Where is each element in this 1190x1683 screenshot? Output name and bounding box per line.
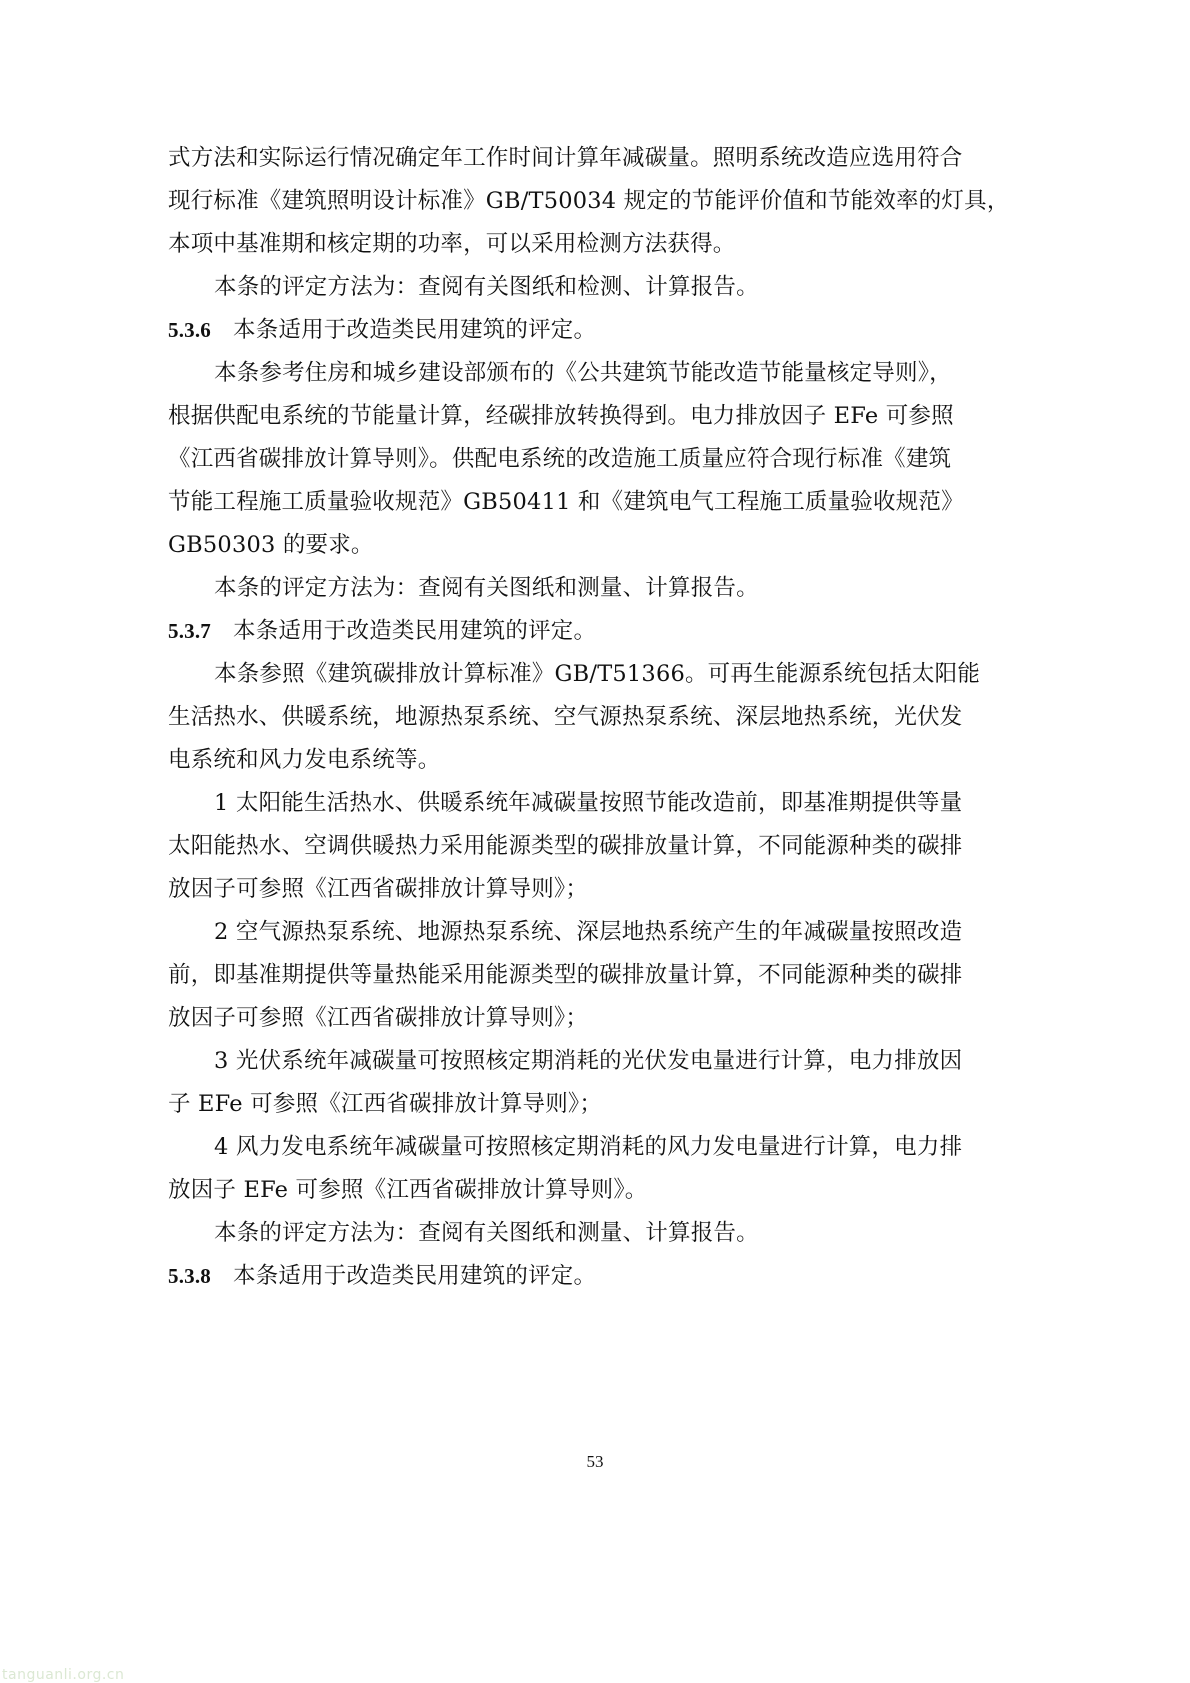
text-line: 前，即基准期提供等量热能采用能源类型的碳排放量计算，不同能源种类的碳排 xyxy=(168,960,963,990)
text-line: 子 EFe 可参照《江西省碳排放计算导则》； xyxy=(168,1089,602,1119)
text-line: 本条参考住房和城乡建设部颁布的《公共建筑节能改造节能量核定导则》， xyxy=(214,358,952,388)
line-text: 3 光伏系统年减碳量可按照核定期消耗的光伏发电量进行计算，电力排放因 xyxy=(214,1048,962,1074)
line-text: 本条的评定方法为：查阅有关图纸和测量、计算报告。 xyxy=(214,575,759,601)
line-text: 本条适用于改造类民用建筑的评定。 xyxy=(233,317,596,343)
text-line: 3 光伏系统年减碳量可按照核定期消耗的光伏发电量进行计算，电力排放因 xyxy=(214,1046,962,1076)
text-line: 本条的评定方法为：查阅有关图纸和检测、计算报告。 xyxy=(214,272,759,302)
text-line: 放因子 EFe 可参照《江西省碳排放计算导则》。 xyxy=(168,1175,647,1205)
line-text: 节能工程施工质量验收规范》GB50411 和《建筑电气工程施工质量验收规范》 xyxy=(168,489,964,515)
line-text: 4 风力发电系统年减碳量可按照核定期消耗的风力发电量进行计算，电力排 xyxy=(214,1134,962,1160)
line-text: 本条的评定方法为：查阅有关图纸和测量、计算报告。 xyxy=(214,1220,759,1246)
line-text: 放因子 EFe 可参照《江西省碳排放计算导则》。 xyxy=(168,1177,647,1203)
line-text: 生活热水、供暖系统，地源热泵系统、空气源热泵系统、深层地热系统，光伏发 xyxy=(168,704,963,730)
line-text: 太阳能热水、空调供暖热力采用能源类型的碳排放量计算，不同能源种类的碳排 xyxy=(168,833,963,859)
line-text: 本条参照《建筑碳排放计算标准》GB/T51366。可再生能源系统包括太阳能 xyxy=(214,661,980,687)
line-text: 本项中基准期和核定期的功率，可以采用检测方法获得。 xyxy=(168,231,736,257)
line-text: 1 太阳能生活热水、供暖系统年减碳量按照节能改造前，即基准期提供等量 xyxy=(214,790,962,816)
section-heading: 5.3.6本条适用于改造类民用建筑的评定。 xyxy=(168,315,596,345)
line-text: 《江西省碳排放计算导则》。供配电系统的改造施工质量应符合现行标准《建筑 xyxy=(168,446,951,472)
line-text: 前，即基准期提供等量热能采用能源类型的碳排放量计算，不同能源种类的碳排 xyxy=(168,962,963,988)
text-line: 本条的评定方法为：查阅有关图纸和测量、计算报告。 xyxy=(214,573,759,603)
text-line: 电系统和风力发电系统等。 xyxy=(168,745,440,775)
line-text: 电系统和风力发电系统等。 xyxy=(168,747,440,773)
line-text: 2 空气源热泵系统、地源热泵系统、深层地热系统产生的年减碳量按照改造 xyxy=(214,919,962,945)
text-line: 式方法和实际运行情况确定年工作时间计算年减碳量。照明系统改造应选用符合 xyxy=(168,143,963,173)
line-text: 子 EFe 可参照《江西省碳排放计算导则》； xyxy=(168,1091,602,1117)
line-text: 根据供配电系统的节能量计算，经碳排放转换得到。电力排放因子 EFe 可参照 xyxy=(168,403,954,429)
section-number: 5.3.7 xyxy=(168,619,211,643)
text-line: 生活热水、供暖系统，地源热泵系统、空气源热泵系统、深层地热系统，光伏发 xyxy=(168,702,963,732)
text-line: 放因子可参照《江西省碳排放计算导则》； xyxy=(168,1003,588,1033)
text-line: 现行标准《建筑照明设计标准》GB/T50034 规定的节能评价值和节能效率的灯具… xyxy=(168,186,1010,216)
text-line: 本项中基准期和核定期的功率，可以采用检测方法获得。 xyxy=(168,229,736,259)
section-heading: 5.3.8本条适用于改造类民用建筑的评定。 xyxy=(168,1261,596,1291)
page-number: 53 xyxy=(0,1452,1190,1472)
line-text: GB50303 的要求。 xyxy=(168,532,374,558)
document-page: 式方法和实际运行情况确定年工作时间计算年减碳量。照明系统改造应选用符合现行标准《… xyxy=(0,0,1190,1683)
text-line: 2 空气源热泵系统、地源热泵系统、深层地热系统产生的年减碳量按照改造 xyxy=(214,917,962,947)
section-number: 5.3.8 xyxy=(168,1264,211,1288)
line-text: 本条适用于改造类民用建筑的评定。 xyxy=(233,1263,596,1289)
text-line: 4 风力发电系统年减碳量可按照核定期消耗的风力发电量进行计算，电力排 xyxy=(214,1132,962,1162)
line-text: 式方法和实际运行情况确定年工作时间计算年减碳量。照明系统改造应选用符合 xyxy=(168,145,963,171)
text-line: 放因子可参照《江西省碳排放计算导则》； xyxy=(168,874,588,904)
line-text: 放因子可参照《江西省碳排放计算导则》； xyxy=(168,1005,588,1031)
watermark: tanguanli.org.cn xyxy=(2,1667,124,1683)
section-number: 5.3.6 xyxy=(168,318,211,342)
text-line: 根据供配电系统的节能量计算，经碳排放转换得到。电力排放因子 EFe 可参照 xyxy=(168,401,954,431)
text-line: GB50303 的要求。 xyxy=(168,530,374,560)
line-text: 本条参考住房和城乡建设部颁布的《公共建筑节能改造节能量核定导则》， xyxy=(214,360,952,386)
line-text: 放因子可参照《江西省碳排放计算导则》； xyxy=(168,876,588,902)
line-text: 现行标准《建筑照明设计标准》GB/T50034 规定的节能评价值和节能效率的灯具… xyxy=(168,188,1010,214)
line-text: 本条的评定方法为：查阅有关图纸和检测、计算报告。 xyxy=(214,274,759,300)
text-line: 本条参照《建筑碳排放计算标准》GB/T51366。可再生能源系统包括太阳能 xyxy=(214,659,980,689)
text-line: 1 太阳能生活热水、供暖系统年减碳量按照节能改造前，即基准期提供等量 xyxy=(214,788,962,818)
text-line: 太阳能热水、空调供暖热力采用能源类型的碳排放量计算，不同能源种类的碳排 xyxy=(168,831,963,861)
section-heading: 5.3.7本条适用于改造类民用建筑的评定。 xyxy=(168,616,596,646)
text-line: 本条的评定方法为：查阅有关图纸和测量、计算报告。 xyxy=(214,1218,759,1248)
text-line: 节能工程施工质量验收规范》GB50411 和《建筑电气工程施工质量验收规范》 xyxy=(168,487,964,517)
text-line: 《江西省碳排放计算导则》。供配电系统的改造施工质量应符合现行标准《建筑 xyxy=(168,444,951,474)
line-text: 本条适用于改造类民用建筑的评定。 xyxy=(233,618,596,644)
